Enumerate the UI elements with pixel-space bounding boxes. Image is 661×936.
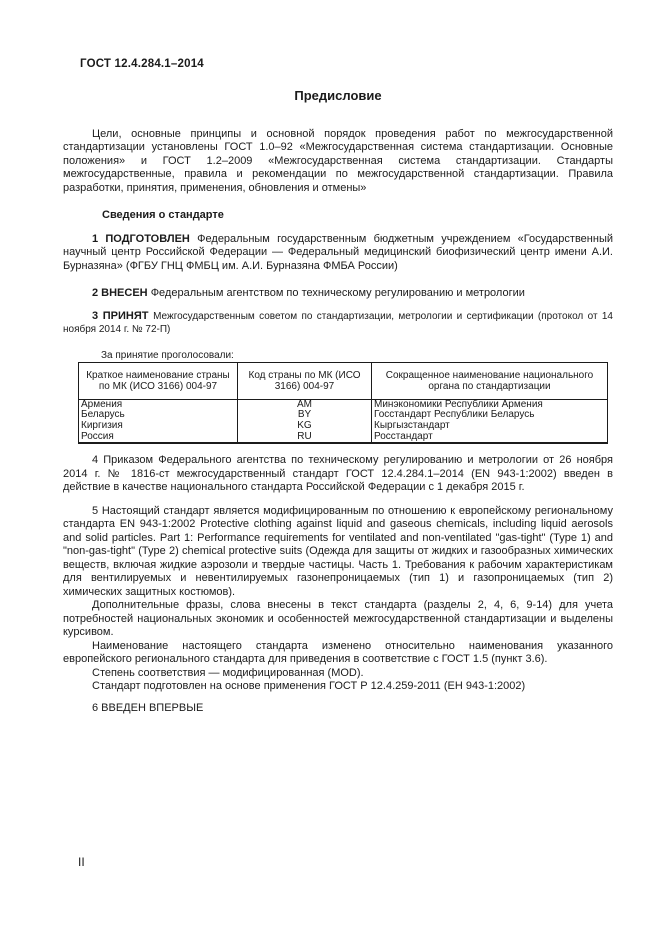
table-header-row: Краткое наименование страны по МК (ИСО 3… (79, 362, 608, 399)
item-modified: 5 Настоящий стандарт является модифициро… (63, 505, 613, 600)
header-org: Сокращенное наименование национального о… (372, 362, 608, 399)
item-submitted-label: 2 ВНЕСЕН (92, 287, 148, 299)
vote-label: За принятие проголосовали: (101, 350, 613, 362)
item-modified-note-phrases: Дополнительные фразы, слова внесены в те… (63, 599, 613, 640)
item-first-introduced: 6 ВВЕДЕН ВПЕРВЫЕ (63, 702, 613, 716)
item-order: 4 Приказом Федерального агентства по тех… (63, 454, 613, 495)
standard-code: ГОСТ 12.4.284.1–2014 (80, 58, 613, 72)
section-heading: Сведения о стандарте (102, 209, 613, 223)
item-modified-note-title: Наименование настоящего стандарта измене… (63, 640, 613, 667)
cell-org: Кыргызстандарт (372, 421, 608, 432)
cell-country: Россия (79, 432, 238, 444)
page-number: II (78, 856, 85, 870)
cell-code: RU (238, 432, 372, 444)
item-submitted: 2 ВНЕСЕН Федеральным агентством по техни… (63, 287, 613, 301)
header-code: Код страны по МК (ИСО 3166) 004-97 (238, 362, 372, 399)
item-prepared: 1 ПОДГОТОВЛЕН Федеральным государственны… (63, 233, 613, 274)
cell-country: Киргизия (79, 421, 238, 432)
document-page: ГОСТ 12.4.284.1–2014 Предисловие Цели, о… (0, 0, 661, 936)
item-prepared-label: 1 ПОДГОТОВЛЕН (92, 233, 190, 245)
header-country: Краткое наименование страны по МК (ИСО 3… (79, 362, 238, 399)
cell-org: Росстандарт (372, 432, 608, 444)
table-row: Беларусь BY Госстандарт Республики Белар… (79, 410, 608, 421)
item-adopted-label: 3 ПРИНЯТ (92, 310, 148, 322)
item-modified-note-degree: Степень соответствия — модифицированная … (63, 667, 613, 681)
table-row: Киргизия KG Кыргызстандарт (79, 421, 608, 432)
intro-paragraph: Цели, основные принципы и основной поряд… (63, 128, 613, 196)
cell-code: KG (238, 421, 372, 432)
page-title: Предисловие (63, 88, 613, 103)
table-row: Россия RU Росстандарт (79, 432, 608, 444)
item-adopted: 3 ПРИНЯТ Межгосударственным советом по с… (63, 310, 613, 337)
vote-table: Краткое наименование страны по МК (ИСО 3… (78, 362, 608, 445)
page-content: ГОСТ 12.4.284.1–2014 Предисловие Цели, о… (63, 0, 613, 715)
item-submitted-text: Федеральным агентством по техническому р… (151, 287, 525, 299)
item-modified-note-basis: Стандарт подготовлен на основе применени… (63, 680, 613, 694)
